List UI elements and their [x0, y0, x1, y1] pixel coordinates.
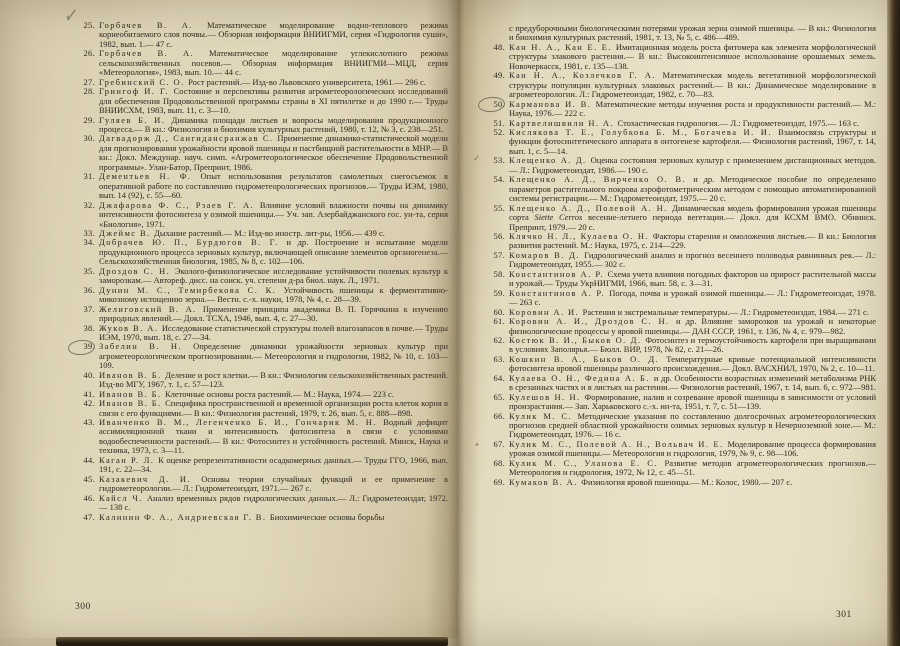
bib-entry: 59.Константинов А. Р. Погода, почва и ур… — [484, 289, 876, 308]
pencil-checkmark: ✓ — [473, 155, 481, 164]
entry-text: Иванченко В. М., Легенченко Б. И., Гонча… — [99, 418, 448, 456]
entry-author: Иванов В. Б. — [99, 398, 165, 408]
cultivar-name-italic: Siette Cerros — [534, 212, 582, 222]
entry-text: Кан Н. А., Кан Е. Е. Имитационная модель… — [509, 43, 876, 71]
bib-entry: 28.Грингоф И. Г. Состояние и перспективы… — [74, 87, 448, 115]
entry-number: 40. — [74, 371, 99, 390]
entry-author: Коровин А. И., Дроздов С. Н. — [509, 316, 676, 326]
entry-author: Клячко Н. Л., Кулаева О. Н. — [509, 231, 653, 241]
entry-number: 44. — [74, 456, 99, 475]
entry-number: 57. — [484, 251, 509, 270]
entry-author: Клещенко А. Д. — [509, 155, 591, 165]
entry-text: Жуков В. А. Исследование статистической … — [99, 324, 448, 343]
entry-author: Карманова И. В. — [509, 99, 596, 109]
bib-entry: 65.Кулешов Н. Н. Формирование, налив и с… — [484, 393, 876, 412]
entry-author: Кан Н. А., Кан Е. Е. — [509, 42, 616, 52]
entry-author: Кан Н. А., Козлечков Г. А. — [509, 70, 663, 80]
bib-entry: 58.Константинов А. Р. Схема учета влияни… — [484, 270, 876, 289]
entry-number: 39. — [74, 342, 99, 370]
bib-entry: 52.Кислякова Т. Е., Голубкова Б. М., Бог… — [484, 128, 876, 156]
entry-text: Кулик М. С., Уланова Е. С. Развитие мето… — [509, 459, 876, 478]
entry-text: Горбачев В. А. Математическое моделирова… — [99, 49, 448, 77]
entry-number: 56. — [484, 232, 509, 251]
entry-text: Кулаева О. Н., Федина А. Б. и др. Особен… — [509, 374, 876, 393]
entry-author: Джафарова Ф. С., Рзаев Г. А. — [99, 200, 260, 210]
book-spread: ✓ 25.Горбачев В. А. Математическое модел… — [0, 0, 900, 646]
bib-entry: 63.Кошкин В. А., Быков О. Д. Температурн… — [484, 355, 876, 374]
bib-entry: 68.Кулик М. С., Уланова Е. С. Развитие м… — [484, 459, 876, 478]
entry-text: Константинов А. Р. Схема учета влияния п… — [509, 270, 876, 289]
entry-number: 49. — [484, 71, 509, 99]
entry-author: Иванченко В. М., Легенченко Б. И., Гонча… — [99, 417, 383, 427]
entry-text: Желиговский В. А. Применение принципа ак… — [99, 305, 448, 324]
entry-author: Казакевич Д. И. — [99, 474, 201, 484]
entry-text: Иванов В. Б. Специфика пространственной … — [99, 399, 448, 418]
entry-number: 48. — [484, 43, 509, 71]
entry-text: Клещенко А. Д., Полевой А. Н. Динамическ… — [509, 204, 876, 232]
bib-entry: 48.Кан Н. А., Кан Е. Е. Имитационная мод… — [484, 43, 876, 71]
entry-number: 58. — [484, 270, 509, 289]
entry-number: 42. — [74, 399, 99, 418]
entry-number: 68. — [484, 459, 509, 478]
entry-author: Константинов А. Р. — [509, 269, 608, 279]
entry-number: 29. — [74, 116, 99, 135]
entry-number: 52. — [484, 128, 509, 156]
entry-list: с предуборочными биологическими потерями… — [484, 24, 876, 487]
entry-text: Иванов В. Б. Деление и рост клетки.— В к… — [99, 371, 448, 390]
entry-number: 65. — [484, 393, 509, 412]
entry-author: Костюк В. И., Быков О. Д. — [509, 335, 645, 345]
entry-author: Кулик М. С. — [509, 411, 578, 421]
entry-number: 67. — [484, 440, 509, 459]
bib-entry: 25.Горбачев В. А. Математическое моделир… — [74, 21, 448, 49]
bib-entry: 26.Горбачев В. А. Математическое моделир… — [74, 49, 448, 77]
entry-number: 47. — [74, 513, 99, 522]
entry-text: Добрачев Ю. П., Бурдюгов В. Г. и др. Пос… — [99, 238, 448, 266]
page-number-left: 300 — [75, 602, 91, 612]
entry-author: Клещенко А. Д., Вирченко О. В. — [509, 174, 693, 184]
entry-text: Костюк В. И., Быков О. Д. Фотосинтез и т… — [509, 336, 876, 355]
entry-text: Гуляев Б. И. Динамика площади листьев и … — [99, 116, 448, 135]
bib-entry: 44.Каган Р. Л. К оценке репрезентативнос… — [74, 456, 448, 475]
entry-text: Каган Р. Л. К оценке репрезентативности … — [99, 456, 448, 475]
entry-author: Константинов А. Р. — [509, 288, 609, 298]
entry-text: Джафарова Ф. С., Рзаев Г. А. Влияние усл… — [99, 201, 448, 229]
bibliography-column-right: с предуборочными биологическими потерями… — [484, 24, 876, 487]
entry-text: Грингоф И. Г. Состояние и перспективы ра… — [99, 87, 448, 115]
entry-author: Кулик М. С., Полевой А. Н., Вольвач И. Е… — [509, 439, 728, 449]
entry-text: с предуборочными биологическими потерями… — [509, 24, 876, 43]
bib-entry: 66.Кулик М. С. Методические указания по … — [484, 412, 876, 440]
bib-entry: 43.Иванченко В. М., Легенченко Б. И., Го… — [74, 418, 448, 456]
entry-author: Кошкин В. А., Быков О. Д. — [509, 354, 666, 364]
bib-entry: 32.Джафарова Ф. С., Рзаев Г. А. Влияние … — [74, 201, 448, 229]
entry-text: Кумаков В. А. Физиология яровой пшеницы.… — [509, 478, 876, 487]
entry-number: 59. — [484, 289, 509, 308]
entry-number: 37. — [74, 305, 99, 324]
entry-text: Забелин В. Н. Определение динамики урожа… — [99, 342, 448, 370]
entry-text: Коровин А. И., Дроздов С. Н. и др. Влиян… — [509, 317, 876, 336]
entry-number: 45. — [74, 475, 99, 494]
entry-number: 69. — [484, 478, 509, 487]
entry-text: Горбачев В. А. Математическое моделирова… — [99, 21, 448, 49]
entry-text: Карманова И. В. Математические методы из… — [509, 100, 876, 119]
pencil-mark: ✦ — [474, 441, 480, 450]
entry-number: 50. — [484, 100, 509, 119]
entry-text: Дагвадорж Д., Сангидансранжав С. Примене… — [99, 134, 448, 172]
entry-text: Клещенко А. Д., Вирченко О. В. и др. Мет… — [509, 175, 876, 203]
bibliography-column-left: 25.Горбачев В. А. Математическое моделир… — [74, 21, 448, 522]
entry-text: Клещенко А. Д. Оценка состояния зерновых… — [509, 156, 876, 175]
entry-text: Кайсл Ч. Анализ временных рядов гидролог… — [99, 494, 448, 513]
entry-author: Добрачев Ю. П., Бурдюгов В. Г. — [99, 237, 286, 247]
bib-entry: 50.Карманова И. В. Математические методы… — [484, 100, 876, 119]
entry-number: 25. — [74, 21, 99, 49]
entry-author: Кулаева О. Н., Федина А. Б. — [509, 373, 654, 383]
entry-number: 30. — [74, 134, 99, 172]
entry-text: Кан Н. А., Козлечков Г. А. Математическа… — [509, 71, 876, 99]
entry-author: Гуляев Б. И. — [99, 115, 172, 125]
bib-entry: 62.Костюк В. И., Быков О. Д. Фотосинтез … — [484, 336, 876, 355]
entry-author: Калинин Ф. А., Андриевская Г. В. — [99, 512, 270, 522]
entry-author: Горбачев В. А. — [99, 48, 209, 58]
bib-entry: 49.Кан Н. А., Козлечков Г. А. Математиче… — [484, 71, 876, 99]
bib-entry: 36.Дунин М. С., Темирбекова С. К. Устойч… — [74, 286, 448, 305]
bib-entry: 61.Коровин А. И., Дроздов С. Н. и др. Вл… — [484, 317, 876, 336]
entry-author: Дунин М. С., Темирбекова С. К. — [99, 285, 284, 295]
entry-text: Комаров В. Д. Гидрологический анализ и п… — [509, 251, 876, 270]
bib-entry: 57.Комаров В. Д. Гидрологический анализ … — [484, 251, 876, 270]
entry-number: 28. — [74, 87, 99, 115]
bib-entry: 34.Добрачев Ю. П., Бурдюгов В. Г. и др. … — [74, 238, 448, 266]
entry-number: 54. — [484, 175, 509, 203]
bib-entry: 35.Дроздов С. Н. Эколого-физиологическое… — [74, 267, 448, 286]
page-number-right: 301 — [836, 610, 852, 620]
entry-author: Жуков В. А. — [99, 323, 162, 333]
bib-entry: 55.Клещенко А. Д., Полевой А. Н. Динамич… — [484, 204, 876, 232]
entry-number: 26. — [74, 49, 99, 77]
entry-number: 31. — [74, 172, 99, 200]
entry-number: 43. — [74, 418, 99, 456]
bib-entry: 53.✓Клещенко А. Д. Оценка состояния зерн… — [484, 156, 876, 175]
entry-text: Кошкин В. А., Быков О. Д. Температурные … — [509, 355, 876, 374]
entry-number: 62. — [484, 336, 509, 355]
entry-number: 35. — [74, 267, 99, 286]
bib-entry: 31.Дементьев Н. Ф. Опыт использования ре… — [74, 172, 448, 200]
entry-text: Кулешов Н. Н. Формирование, налив и созр… — [509, 393, 876, 412]
bib-entry: с предуборочными биологическими потерями… — [484, 24, 876, 43]
entry-text: Калинин Ф. А., Андриевская Г. В. Биохими… — [99, 513, 448, 522]
bib-entry: 40.Иванов В. Б. Деление и рост клетки.— … — [74, 371, 448, 390]
entry-text: Клячко Н. Л., Кулаева О. Н. Факторы стар… — [509, 232, 876, 251]
bib-entry: 46.Кайсл Ч. Анализ временных рядов гидро… — [74, 494, 448, 513]
entry-author: Дагвадорж Д., Сангидансранжав С. — [99, 133, 277, 143]
bib-entry: 30.Дагвадорж Д., Сангидансранжав С. Прим… — [74, 134, 448, 172]
bib-entry: 29.Гуляев Б. И. Динамика площади листьев… — [74, 116, 448, 135]
bib-entry: 69.Кумаков В. А. Физиология яровой пшени… — [484, 478, 876, 487]
entry-text: Кулик М. С., Полевой А. Н., Вольвач И. Е… — [509, 440, 876, 459]
entry-author: Комаров В. Д. — [509, 250, 584, 260]
entry-author: Забелин В. Н. — [99, 341, 193, 351]
bib-entry: 67.✦Кулик М. С., Полевой А. Н., Вольвач … — [484, 440, 876, 459]
entry-list: 25.Горбачев В. А. Математическое моделир… — [74, 21, 448, 522]
entry-text: Константинов А. Р. Погода, почва и урожа… — [509, 289, 876, 308]
entry-author: Дроздов С. Н. — [99, 266, 175, 276]
entry-text: Кислякова Т. Е., Голубкова Б. М., Богаче… — [509, 128, 876, 156]
bib-entry: 64.Кулаева О. Н., Федина А. Б. и др. Осо… — [484, 374, 876, 393]
bib-entry: 45.Казакевич Д. И. Основы теории случайн… — [74, 475, 448, 494]
entry-number: 46. — [74, 494, 99, 513]
entry-author: Кислякова Т. Е., Голубкова Б. М., Богаче… — [509, 127, 778, 137]
entry-number: 32. — [74, 201, 99, 229]
entry-number: 53. — [484, 156, 509, 175]
entry-text: Дементьев Н. Ф. Опыт использования резул… — [99, 172, 448, 200]
book-edge-right — [887, 0, 900, 646]
entry-author: Кулешов Н. Н. — [509, 392, 584, 402]
entry-number: 34. — [74, 238, 99, 266]
entry-author: Кумаков В. А. — [509, 477, 581, 487]
bib-entry: 56.Клячко Н. Л., Кулаева О. Н. Факторы с… — [484, 232, 876, 251]
entry-number: 64. — [484, 374, 509, 393]
entry-text: Казакевич Д. И. Основы теории случайных … — [99, 475, 448, 494]
book-edge-bottom — [56, 637, 448, 646]
entry-text: Дроздов С. Н. Эколого-физиологическое ис… — [99, 267, 448, 286]
bib-entry: 47.Калинин Ф. А., Андриевская Г. В. Биох… — [74, 513, 448, 522]
entry-author: Кайсл Ч. — [99, 493, 147, 503]
entry-number: 61. — [484, 317, 509, 336]
entry-number: 36. — [74, 286, 99, 305]
entry-text: Кулик М. С. Методические указания по сос… — [509, 412, 876, 440]
entry-author: Дементьев Н. Ф. — [99, 171, 201, 181]
entry-number: 66. — [484, 412, 509, 440]
entry-text: Дунин М. С., Темирбекова С. К. Устойчиво… — [99, 286, 448, 305]
entry-author: Желиговский В. А. — [99, 304, 203, 314]
entry-author: Грингоф И. Г. — [99, 86, 174, 96]
entry-author: Каган Р. Л. — [99, 455, 158, 465]
bib-entry: 38.Жуков В. А. Исследование статистическ… — [74, 324, 448, 343]
bib-entry: 54.Клещенко А. Д., Вирченко О. В. и др. … — [484, 175, 876, 203]
bib-entry: 39.Забелин В. Н. Определение динамики ур… — [74, 342, 448, 370]
bib-entry: 42.Иванов В. Б. Специфика пространственн… — [74, 399, 448, 418]
entry-number: 55. — [484, 204, 509, 232]
entry-author: Горбачев В. А. — [99, 20, 207, 30]
entry-number — [484, 24, 509, 43]
entry-author: Иванов В. Б. — [99, 370, 165, 380]
bib-entry: 37.Желиговский В. А. Применение принципа… — [74, 305, 448, 324]
entry-author: Кулик М. С., Уланова Е. С. — [509, 458, 665, 468]
entry-number: 63. — [484, 355, 509, 374]
